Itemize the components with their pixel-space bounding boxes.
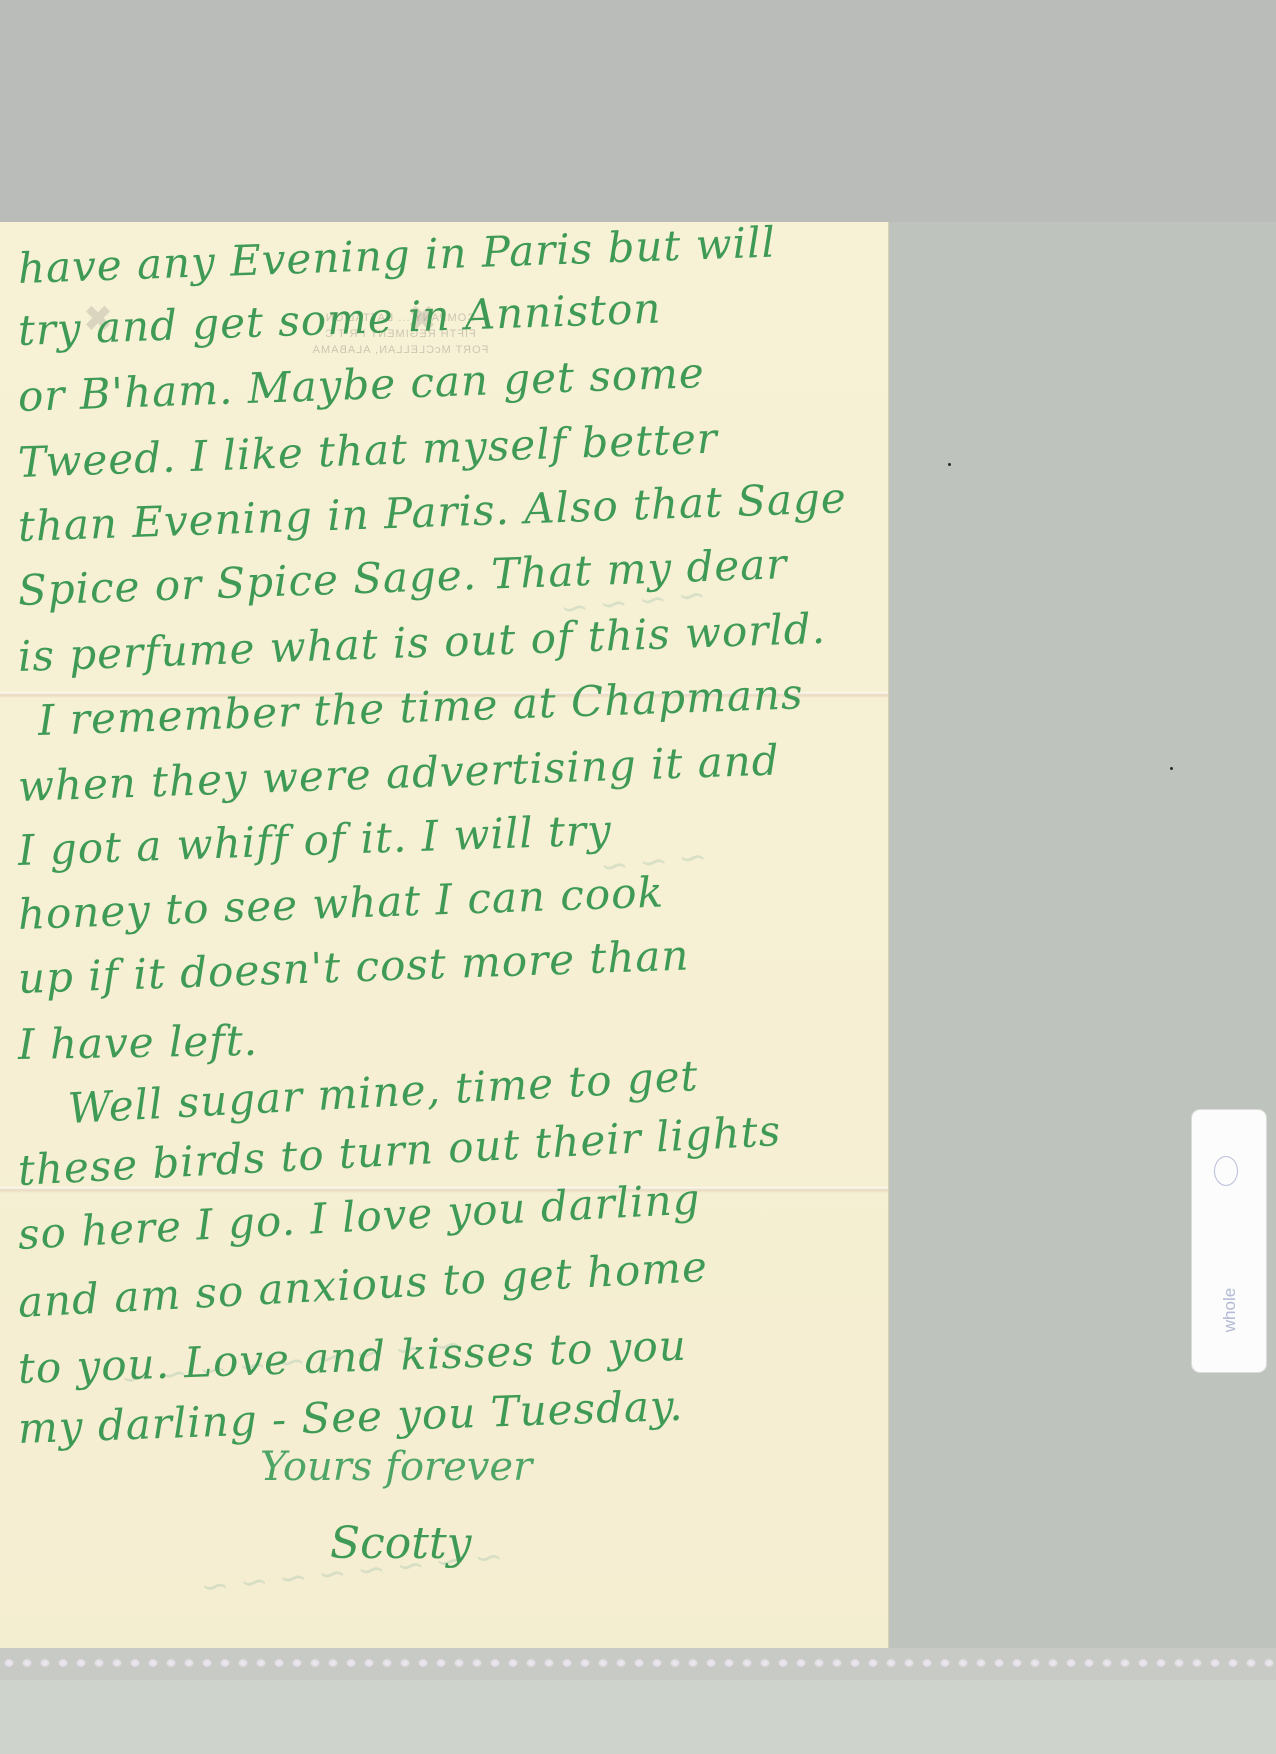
- perforation-row: [0, 1656, 1276, 1670]
- letter-line: is perfume what is out of this world.: [17, 604, 827, 681]
- letter-line: I remember the time at Chapmans: [37, 669, 804, 745]
- letter-page: ✖ ✖ COMPANY ... BATTALION FIFTH REGIMENT…: [0, 222, 888, 1650]
- dust-speck: [948, 463, 951, 466]
- circle-mark-icon: [1214, 1156, 1238, 1186]
- letter-line: and am so anxious to get home: [17, 1242, 709, 1327]
- letter-line: up if it doesn't cost more than: [17, 931, 690, 1003]
- letter-line: when they were advertising it and: [17, 735, 780, 811]
- sleeve-perforated-edge: [0, 1648, 1276, 1684]
- letter-signature: Scotty: [330, 1518, 472, 1569]
- letter-line: Tweed. I like that myself better: [17, 414, 718, 487]
- scanner-background-top: [0, 0, 1276, 222]
- dust-speck: [1170, 767, 1173, 770]
- archive-label-tab: whole: [1192, 1110, 1266, 1372]
- archive-label-text: whole: [1220, 1280, 1240, 1340]
- letter-line: honey to see what I can cook: [17, 867, 664, 939]
- letter-line: or B'ham. Maybe can get some: [17, 348, 705, 421]
- letter-closing: Yours forever: [260, 1444, 532, 1490]
- letter-line: my darling - See you Tuesday.: [17, 1381, 684, 1453]
- letter-line: I have left.: [18, 1016, 259, 1069]
- letter-line: than Evening in Paris. Also that Sage: [17, 473, 847, 551]
- letter-line: I got a whiff of it. I will try: [17, 805, 612, 875]
- letter-line: have any Evening in Paris but will: [17, 218, 777, 293]
- letter-line: to you. Love and kisses to you: [17, 1321, 687, 1393]
- scanner-background-bottom: [0, 1680, 1276, 1754]
